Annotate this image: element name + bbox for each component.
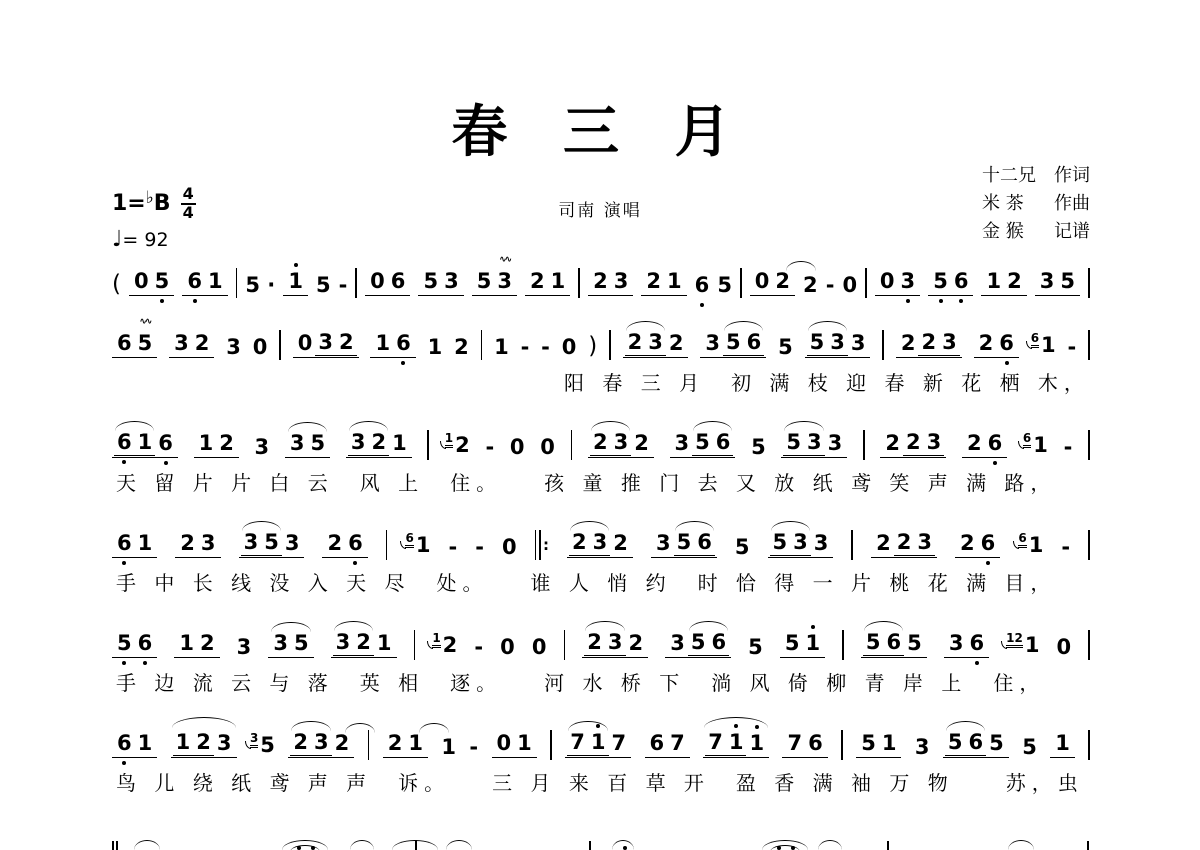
- barline: [571, 430, 573, 460]
- credit-composer: 米 茶 作曲: [982, 190, 1090, 218]
- note: 3: [915, 737, 930, 758]
- barline-stroke: [481, 330, 483, 360]
- note: 5: [726, 332, 741, 353]
- note-digit: 5: [1022, 737, 1037, 758]
- note-digit: 7: [570, 732, 585, 753]
- notes-row: 61233532661--0:23235655332232661-: [112, 514, 1090, 558]
- note-digit: 2: [339, 332, 354, 353]
- note: 3: [670, 633, 685, 654]
- barline: [863, 430, 865, 460]
- note-group: 53: [418, 271, 463, 296]
- note-digit: 7: [670, 733, 685, 754]
- note-group: 56: [112, 633, 157, 658]
- note-digit: 6: [697, 532, 712, 553]
- note-group: 232: [567, 532, 633, 558]
- note-digit: 6: [747, 332, 762, 353]
- note: 2: [979, 333, 994, 354]
- tempo-marking: ♩= 92: [112, 227, 196, 252]
- note-digit: 1: [377, 633, 392, 654]
- note-digit: 6: [391, 271, 406, 292]
- beam-segment: 53: [770, 532, 811, 556]
- note-digit: 5 ·: [245, 275, 275, 296]
- note: 2: [388, 733, 403, 754]
- note-digit: 0: [540, 437, 555, 458]
- note: 1: [882, 733, 897, 754]
- beam-segment: 12: [176, 633, 217, 654]
- note-digit: 2: [530, 271, 545, 292]
- music-line-3: 6161233532112-0023235655332232661-天 留 片 …: [112, 414, 1090, 496]
- beam-segment: 1: [746, 733, 767, 754]
- beam-segment: 1: [374, 633, 395, 654]
- song-title: 春 三 月: [0, 88, 1200, 168]
- note-digit: 6: [887, 632, 902, 653]
- note: 3: [336, 632, 351, 653]
- note-digit: 5: [138, 333, 153, 354]
- note: 6: [711, 632, 726, 653]
- beam-segment: 23: [177, 533, 218, 554]
- barline-stroke: [851, 530, 853, 560]
- note: 6: [396, 333, 411, 354]
- note-digit: 0: [497, 733, 512, 754]
- note: 2: [629, 633, 644, 654]
- note-digit: 5: [691, 632, 706, 653]
- note: 1: [176, 732, 191, 753]
- note-digit: 5: [933, 271, 948, 292]
- note-group: 717: [565, 732, 631, 758]
- beam-segment: 3: [672, 433, 693, 454]
- note-digit: 2: [219, 433, 234, 454]
- note: 0: [532, 637, 547, 658]
- barline-stroke: [539, 530, 541, 560]
- barline: [1088, 330, 1090, 360]
- note-digit: 1: [517, 733, 532, 754]
- time-bottom: 4: [181, 205, 196, 221]
- note: 2: [960, 533, 975, 554]
- barline-stroke: [550, 730, 552, 760]
- note-digit: 2: [327, 533, 342, 554]
- note: 5 ·: [245, 275, 275, 296]
- note-digit: 2: [593, 432, 608, 453]
- slur-arc: [350, 840, 374, 850]
- note: 2: [195, 333, 210, 354]
- credit-name: 金 猴: [982, 218, 1040, 246]
- note-digit: 1: [416, 535, 431, 556]
- note-digit: 3: [608, 632, 623, 653]
- music-symbol: -: [474, 637, 483, 658]
- note: 121: [1006, 635, 1039, 658]
- barline: [1088, 530, 1090, 560]
- beam-segment: 3: [667, 633, 688, 654]
- note-digit: 6: [650, 733, 665, 754]
- note: 12: [445, 435, 470, 458]
- note-digit: 3: [656, 533, 671, 554]
- note: 0: [497, 733, 512, 754]
- note-digit: 3: [949, 633, 964, 654]
- note: 0: [562, 337, 577, 358]
- note: 6: [716, 432, 731, 453]
- note-group: 36: [944, 633, 989, 658]
- note-digit: 6: [711, 632, 726, 653]
- barline-stroke: [609, 330, 611, 360]
- note: 5: [778, 337, 793, 358]
- note: 1: [428, 337, 443, 358]
- note-group: 65: [112, 333, 157, 358]
- beam-segment: 32: [171, 333, 212, 354]
- note-group: 533: [781, 432, 847, 458]
- note-digit: 3: [174, 333, 189, 354]
- note-digit: 2: [454, 337, 469, 358]
- slur-arc: [818, 840, 842, 850]
- note-digit: 2: [180, 533, 195, 554]
- music-symbol: -: [339, 275, 348, 296]
- note-digit: 1: [729, 732, 744, 753]
- note: 3: [949, 633, 964, 654]
- note-digit: 0: [562, 337, 577, 358]
- note: 5: [294, 633, 309, 654]
- note-group: 06: [365, 271, 410, 296]
- barline: [564, 630, 566, 660]
- barline-stroke: [841, 730, 843, 760]
- credit-role: 记谱: [1054, 218, 1090, 246]
- note-digit: 3: [830, 332, 845, 353]
- beam-segment: 56: [674, 532, 715, 556]
- note: 3: [237, 637, 252, 658]
- note-group: 232: [623, 332, 689, 358]
- note: 3: [648, 332, 663, 353]
- key-signature: 1=♭B 4 4: [112, 186, 196, 221]
- note-digit: 1: [138, 432, 153, 453]
- note: 5: [948, 732, 963, 753]
- note-digit: 3: [807, 432, 822, 453]
- note-digit: 1: [288, 271, 303, 292]
- credit-lyricist: 十二兄 作词: [982, 162, 1090, 190]
- barline-stroke: [882, 330, 884, 360]
- notes-row: 6161233532112-0023235655332232661-: [112, 414, 1090, 458]
- note-group: 223: [896, 332, 962, 358]
- beam-segment: 5: [904, 633, 925, 654]
- note-digit: 2: [897, 532, 912, 553]
- note-digit: 3: [314, 732, 329, 753]
- note: 1: [179, 633, 194, 654]
- beam-segment: 16: [372, 333, 413, 354]
- note-group: 353: [239, 532, 305, 558]
- note: 6: [391, 271, 406, 292]
- note-digit: 1: [208, 271, 223, 292]
- grace-note: 6: [405, 532, 413, 548]
- note-group: 356: [665, 632, 731, 658]
- note-digit: 3: [201, 533, 216, 554]
- credit-transcriber: 金 猴 记谱: [982, 218, 1090, 246]
- note-digit: 2: [195, 333, 210, 354]
- beam-segment: 21: [527, 271, 568, 292]
- note: 1: [517, 733, 532, 754]
- note-digit: 3: [318, 332, 333, 353]
- note: 3: [497, 271, 512, 292]
- note-digit: 5: [786, 432, 801, 453]
- note: 7: [670, 733, 685, 754]
- note: 6: [954, 271, 969, 292]
- note: 1: [375, 333, 390, 354]
- note-group: 02: [750, 271, 795, 296]
- beam-segment: 3: [811, 533, 832, 554]
- note: 1: [986, 271, 1001, 292]
- note-digit: 0: [298, 333, 313, 354]
- note: 3: [675, 433, 690, 454]
- note-digit: 2: [200, 633, 215, 654]
- note-digit: 3: [648, 332, 663, 353]
- note-digit: 6: [716, 432, 731, 453]
- note-group: 16: [370, 333, 415, 358]
- barline: [550, 730, 552, 760]
- note: 0: [880, 271, 895, 292]
- beam-segment: 2: [666, 333, 687, 354]
- note: 1: [199, 433, 214, 454]
- note: 0: [134, 271, 149, 292]
- beam-segment: 2: [610, 533, 631, 554]
- note-digit: 3: [614, 432, 629, 453]
- note-digit: 6: [695, 275, 710, 296]
- note-group: 01: [492, 733, 537, 758]
- note-digit: 2: [906, 432, 921, 453]
- note-digit: 5: [477, 271, 492, 292]
- note-digit: 2: [967, 433, 982, 454]
- note-digit: 0: [880, 271, 895, 292]
- beam-segment: 56: [114, 633, 155, 654]
- beam-segment: 2: [873, 533, 894, 554]
- note: 2: [587, 632, 602, 653]
- note-digit: 5: [294, 633, 309, 654]
- barline-stroke: [368, 730, 370, 760]
- note-digit: 5: [861, 733, 876, 754]
- note-group: 356: [700, 332, 766, 358]
- beam-segment: 03: [877, 271, 918, 292]
- key-prefix: 1=: [112, 191, 146, 216]
- barline: [740, 268, 742, 298]
- note: 3: [814, 533, 829, 554]
- note: 3: [593, 532, 608, 553]
- beam-segment: 3: [653, 533, 674, 554]
- barline-stroke: [236, 268, 238, 298]
- note-digit: 0: [532, 637, 547, 658]
- beam-segment: 21: [385, 733, 426, 754]
- barline-stroke: [578, 268, 580, 298]
- note-digit: 3: [915, 737, 930, 758]
- grace-note: 6: [1018, 532, 1026, 548]
- beam-segment: 23: [584, 632, 625, 656]
- music-symbol: -: [1064, 437, 1073, 458]
- note: 0: [502, 537, 517, 558]
- credit-role: 作词: [1054, 162, 1090, 190]
- barline-stroke: [355, 268, 357, 298]
- lyrics-line: 阳 春 三 月 初 满 枝 迎 春 新 花 栖 木，: [112, 367, 1090, 396]
- note: 3: [927, 432, 942, 453]
- beam-segment: 32: [348, 432, 389, 456]
- note-digit: 0: [134, 271, 149, 292]
- repeat-dots: :: [543, 538, 549, 553]
- note-digit: 3: [1040, 271, 1055, 292]
- note-group: 12: [981, 271, 1026, 296]
- note: 2: [356, 632, 371, 653]
- key-note: B: [154, 191, 171, 216]
- note: 0: [500, 637, 515, 658]
- note-digit: 3: [290, 433, 305, 454]
- note-digit: 5: [748, 637, 763, 658]
- note: 2: [885, 433, 900, 454]
- note-digit: 3: [255, 437, 270, 458]
- beam-segment: 02: [752, 271, 793, 292]
- note-digit: 0: [842, 275, 857, 296]
- note-digit: 2: [388, 733, 403, 754]
- credit-name: 米 茶: [982, 190, 1040, 218]
- note-group: 26: [974, 333, 1019, 358]
- note: 3: [901, 271, 916, 292]
- note-group: 123: [171, 732, 237, 758]
- barline-stroke: [427, 430, 429, 460]
- note-digit: 3: [273, 633, 288, 654]
- music-line-4: 61233532661--0:23235655332232661-手 中 长 线…: [112, 514, 1090, 596]
- note-digit: 0: [502, 537, 517, 558]
- barline: [1088, 630, 1090, 660]
- note: 0: [1057, 637, 1072, 658]
- credit-role: 作曲: [1054, 190, 1090, 218]
- note-digit: 2: [629, 633, 644, 654]
- barline: [609, 330, 611, 360]
- note-digit: 1: [749, 733, 764, 754]
- note-group: 26: [955, 533, 1000, 558]
- note-digit: 0: [370, 271, 385, 292]
- note: 1: [288, 271, 303, 292]
- beam-segment: 51: [858, 733, 899, 754]
- note-group: 356: [670, 432, 736, 458]
- note-digit: 2: [628, 332, 643, 353]
- note: 3: [226, 337, 241, 358]
- beam-segment: 6: [155, 433, 176, 454]
- barline: [578, 268, 580, 298]
- note-digit: 2: [455, 435, 470, 456]
- note: 1: [1055, 733, 1070, 754]
- barline-stroke: [1088, 268, 1090, 298]
- note: 2: [967, 433, 982, 454]
- double-barline: [116, 841, 118, 850]
- note-digit: 1: [986, 271, 1001, 292]
- note: 6: [697, 532, 712, 553]
- note: 5: [907, 633, 922, 654]
- beam-segment: 23: [590, 271, 631, 292]
- beam-segment: 23: [290, 732, 331, 756]
- note-group: 321: [331, 632, 397, 658]
- note-digit: 2: [885, 433, 900, 454]
- note-digit: 1: [408, 733, 423, 754]
- note: 1: [138, 432, 153, 453]
- note: 1: [667, 271, 682, 292]
- note-digit: 2: [979, 333, 994, 354]
- note-digit: 3: [670, 633, 685, 654]
- note-group: 56: [928, 271, 973, 296]
- note-group: 26: [962, 433, 1007, 458]
- note: 3: [942, 332, 957, 353]
- music-symbol: -: [541, 337, 550, 358]
- note: 5: [477, 271, 492, 292]
- note: 1: [392, 433, 407, 454]
- beam-segment: 61: [114, 733, 155, 754]
- grace-note: 12: [1006, 632, 1023, 648]
- beam-segment: 3: [848, 333, 869, 354]
- beam-segment: 53: [474, 271, 515, 292]
- note: 3: [614, 432, 629, 453]
- note-digit: 2: [901, 333, 916, 354]
- beam-segment: 12: [173, 732, 214, 756]
- note: 1: [138, 733, 153, 754]
- barline: [1088, 730, 1090, 760]
- note: 2: [293, 732, 308, 753]
- note-digit: 5: [989, 733, 1004, 754]
- note: 6: [695, 275, 710, 296]
- note: 6: [117, 333, 132, 354]
- note: 6: [969, 732, 984, 753]
- note: 5: [691, 632, 706, 653]
- note: 2: [897, 532, 912, 553]
- note-digit: 2: [921, 332, 936, 353]
- note: 2: [669, 333, 684, 354]
- barline: [1088, 430, 1090, 460]
- music-symbol: -: [826, 275, 835, 296]
- barline-stroke: [1088, 430, 1090, 460]
- key-tempo-block: 1=♭B 4 4 ♩= 92: [112, 186, 196, 252]
- note-digit: 6: [808, 733, 823, 754]
- note-digit: 2: [613, 533, 628, 554]
- note: 5: [748, 637, 763, 658]
- note-digit: 7: [612, 733, 627, 754]
- note-digit: 2: [634, 433, 649, 454]
- note: 6: [158, 433, 173, 454]
- note: 2: [180, 533, 195, 554]
- note: 3: [444, 271, 459, 292]
- note-digit: 5: [117, 633, 132, 654]
- note-group: 26: [322, 533, 367, 558]
- note: 3: [1040, 271, 1055, 292]
- note-digit: 3: [614, 271, 629, 292]
- note: 6: [187, 271, 202, 292]
- note-digit: 5: [1060, 271, 1075, 292]
- slur-arc: [134, 840, 160, 850]
- note-group: 565: [861, 632, 927, 658]
- note-digit: 2: [593, 271, 608, 292]
- beam-segment: 3: [825, 433, 846, 454]
- note: 2: [327, 533, 342, 554]
- note: 3: [807, 432, 822, 453]
- note-group: 565: [943, 732, 1009, 758]
- note-group: 53: [472, 271, 517, 296]
- note-digit: 6: [988, 433, 1003, 454]
- note: 3: [351, 432, 366, 453]
- note: 2: [775, 271, 790, 292]
- note: 2: [906, 432, 921, 453]
- beam-segment: 1: [285, 271, 306, 292]
- note-digit: 0: [755, 271, 770, 292]
- score-area: (05615 ·15-06535321232165022-00356123565…: [112, 252, 1090, 814]
- beam-segment: 23: [590, 432, 631, 456]
- note: 7: [708, 732, 723, 753]
- note-digit: 1: [1025, 635, 1040, 656]
- credits-block: 十二兄 作词 米 茶 作曲 金 猴 记谱: [982, 162, 1090, 246]
- note-digit: 5: [751, 437, 766, 458]
- note: 6: [999, 333, 1014, 354]
- beam-segment: 26: [964, 433, 1005, 454]
- music-symbol: ): [588, 335, 597, 358]
- note-group: 533: [768, 532, 834, 558]
- note-digit: 3: [497, 271, 512, 292]
- note: 3: [851, 333, 866, 354]
